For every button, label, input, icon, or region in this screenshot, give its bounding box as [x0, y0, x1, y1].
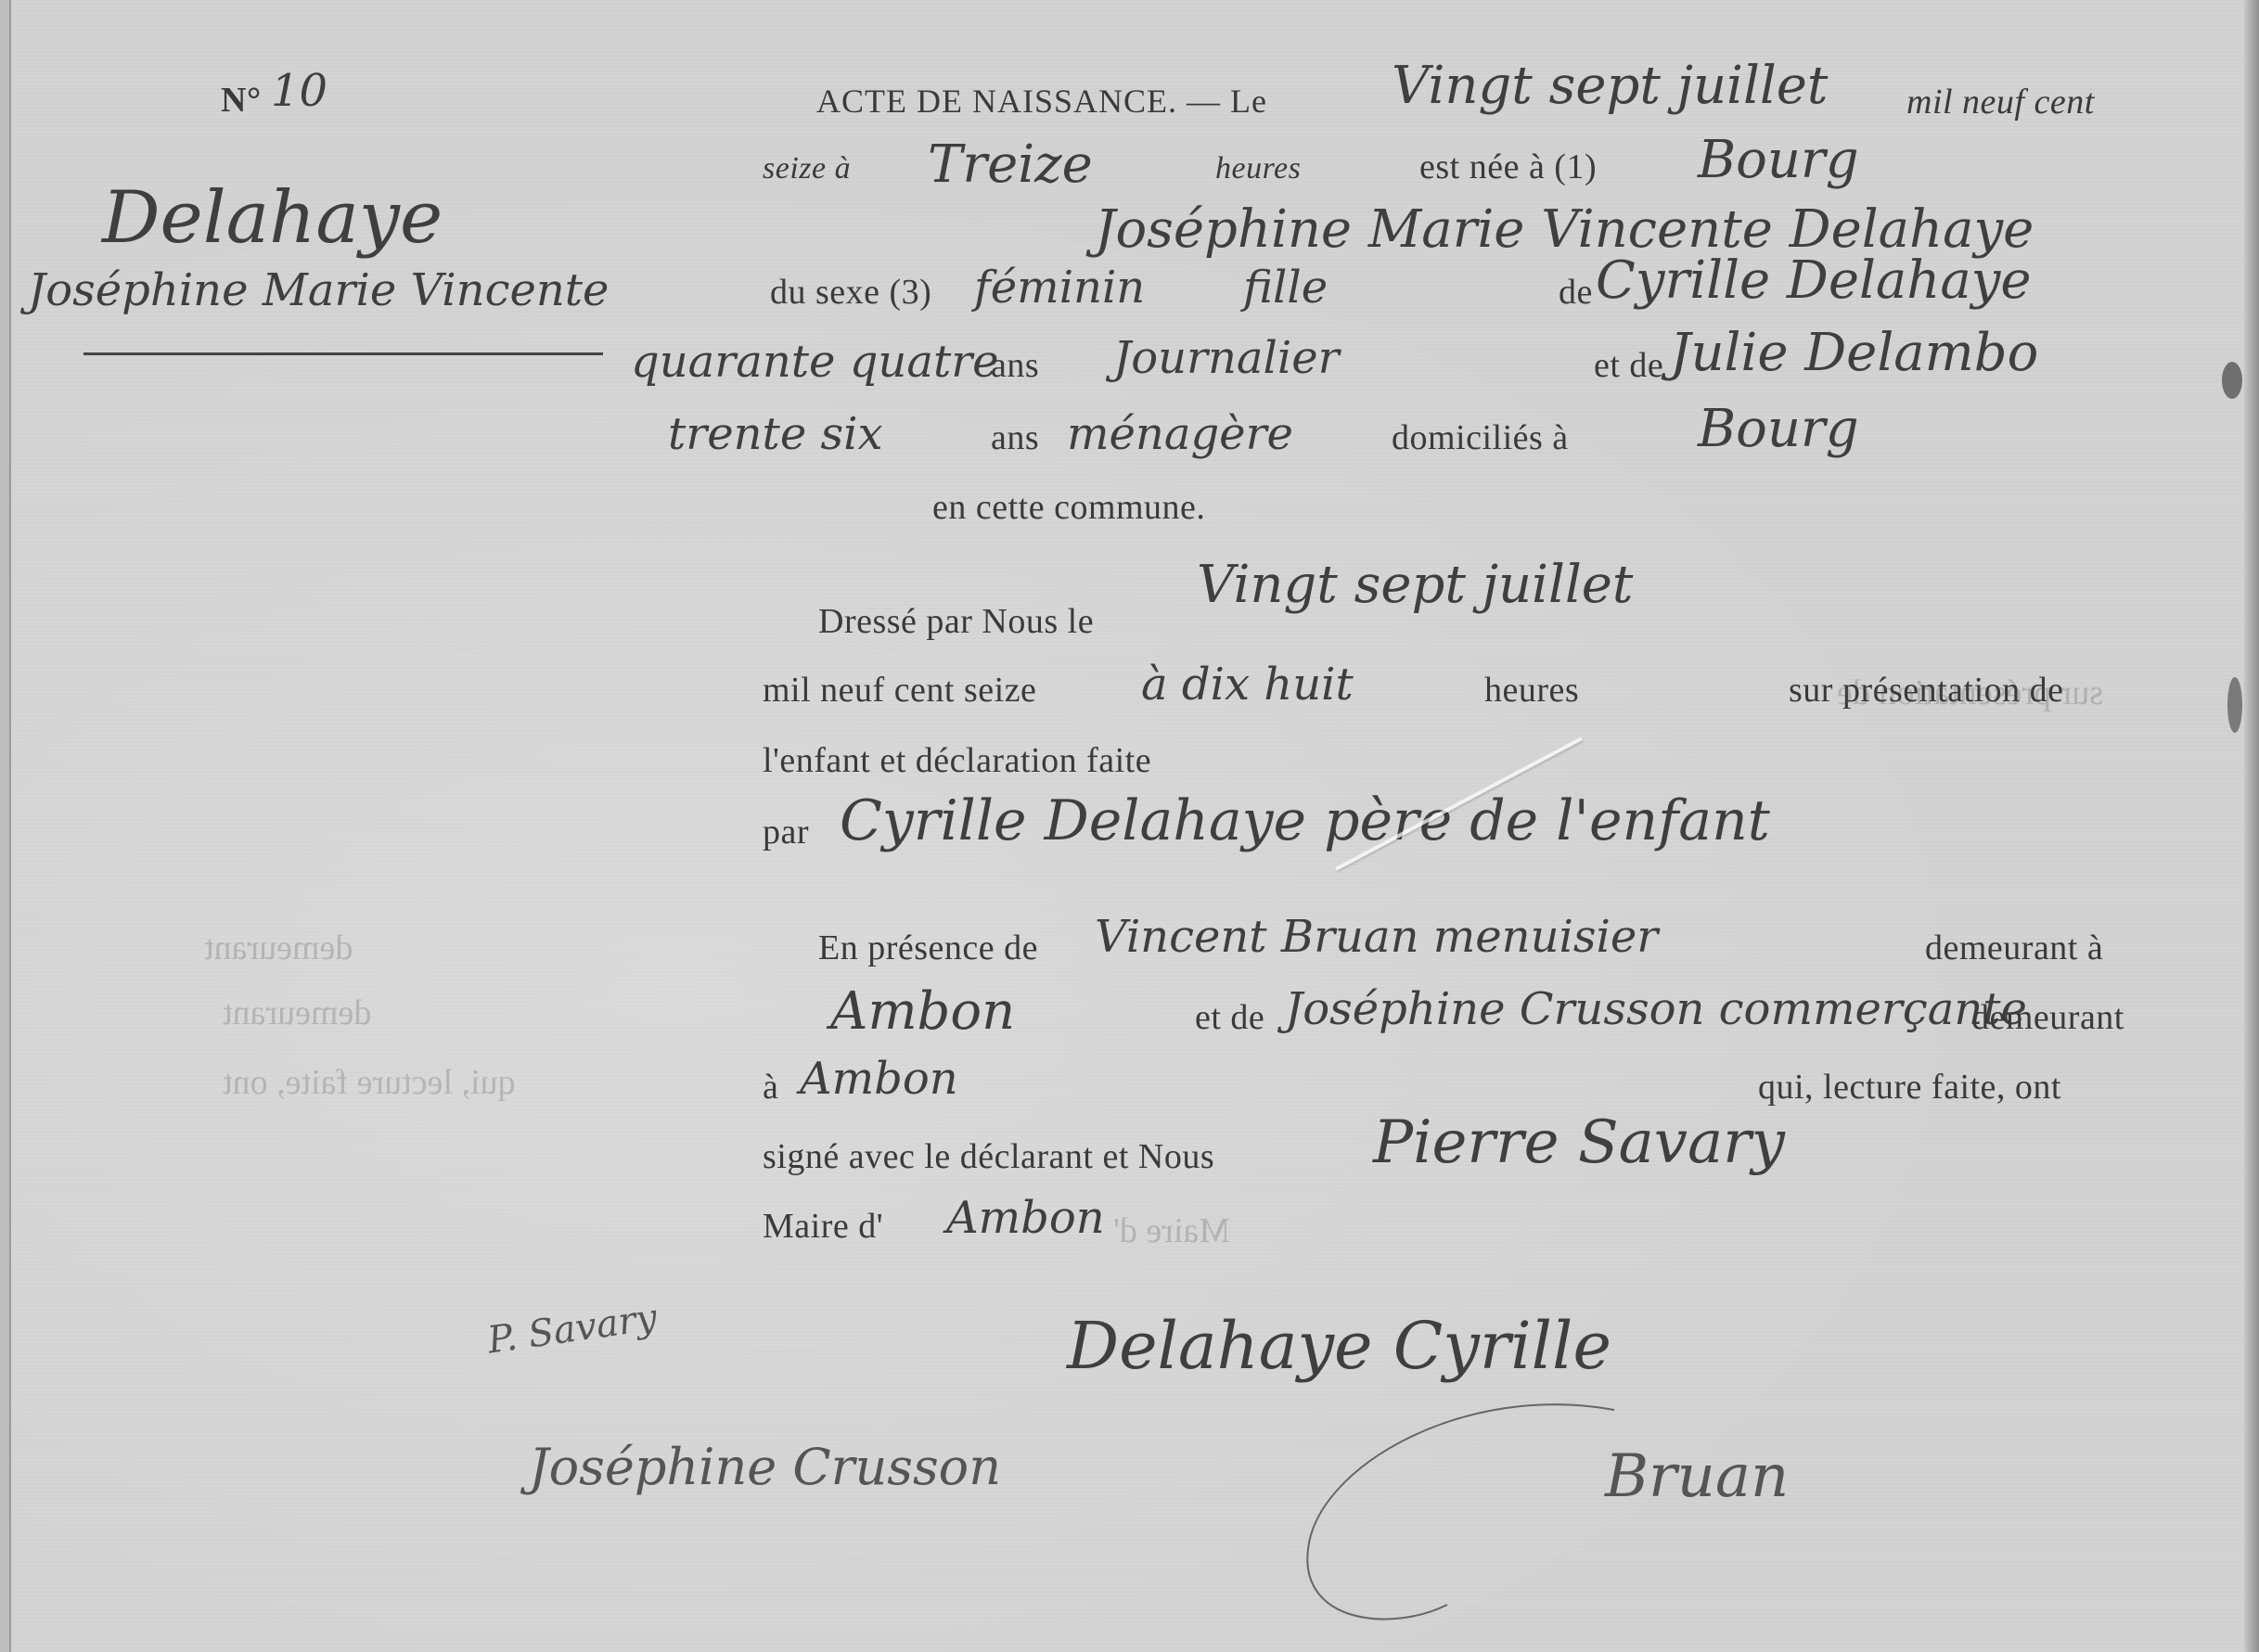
presence-label: En présence de [818, 928, 1038, 968]
bleed-through-text: demeurant [223, 992, 371, 1033]
signature-witness2: Joséphine Crusson [529, 1438, 1001, 1496]
witness1-place: Ambon [830, 981, 1015, 1042]
father-age: quarante quatre [631, 336, 999, 388]
residing-label-1: demeurant à [1925, 928, 2103, 968]
margin-surname: Delahaye [102, 176, 443, 260]
record-number-value: 10 [271, 65, 327, 117]
ink-spot [2227, 677, 2242, 733]
birth-year-print-1: mil neuf cent [1906, 82, 2095, 122]
signature-mayor: P. Savary [485, 1296, 660, 1362]
mayor-place: Ambon [946, 1192, 1105, 1244]
mother-occupation: ménagère [1067, 408, 1293, 460]
bleed-through-text: demeurant [204, 928, 353, 968]
signature-flourish [1280, 1391, 1633, 1633]
drawn-date: Vingt sept juillet [1197, 555, 1633, 615]
witness2-name: Joséphine Crusson commerçante [1285, 983, 2027, 1035]
page-binding-edge [0, 0, 11, 1652]
born-label: est née à (1) [1419, 147, 1597, 187]
bleed-through-text: Maire d' [1113, 1210, 1230, 1251]
drawn-hour-label: heures [1484, 670, 1579, 711]
margin-underline [83, 352, 603, 355]
drawn-label: Dressé par Nous le [818, 601, 1094, 642]
mayor-label: Maire d' [763, 1206, 883, 1247]
signed-label: signé avec le déclarant et Nous [763, 1136, 1214, 1177]
ans-label-1: ans [991, 345, 1039, 386]
ink-spot [2222, 362, 2242, 399]
mayor-name: Pierre Savary [1373, 1108, 1785, 1177]
a-label: à [763, 1067, 778, 1108]
mother-age: trente six [668, 408, 883, 460]
birth-place: Bourg [1698, 130, 1859, 190]
witness2-place: Ambon [800, 1053, 958, 1105]
commune-label: en cette commune. [932, 487, 1205, 528]
page-right-edge [2244, 0, 2259, 1652]
document-page: demeurant demeurant qui, lecture faite, … [0, 0, 2259, 1652]
relation-value: fille [1243, 262, 1328, 314]
birth-hour: Treize [928, 134, 1093, 195]
residing-label-2: demeurant [1971, 997, 2124, 1038]
ans-label-2: ans [991, 417, 1039, 458]
hour-label: heures [1215, 151, 1301, 186]
mother-name: Julie Delambo [1670, 323, 2038, 383]
declaration-label: l'enfant et déclaration faite [763, 740, 1151, 781]
and-label: et de [1195, 997, 1264, 1038]
sex-value: féminin [974, 262, 1145, 314]
birth-title: ACTE DE NAISSANCE. — Le [816, 82, 1267, 121]
witness1-name: Vincent Bruan menuisier [1095, 911, 1658, 963]
declarant-name: Cyrille Delahaye père de l'enfant [840, 788, 1770, 853]
father-occupation: Journalier [1113, 332, 1340, 384]
reading-label: qui, lecture faite, ont [1758, 1067, 2061, 1108]
presentation-label: sur présentation de [1789, 670, 2064, 711]
father-name: Cyrille Delahaye [1596, 250, 2032, 311]
drawn-hour: à dix huit [1141, 659, 1354, 711]
domicile-place: Bourg [1698, 399, 1859, 459]
mother-prefix: et de [1594, 345, 1663, 386]
birth-date: Vingt sept juillet [1392, 56, 1828, 116]
father-prefix: de [1559, 272, 1593, 313]
drawn-year: mil neuf cent seize [763, 670, 1036, 711]
by-label: par [763, 812, 809, 852]
margin-given-names: Joséphine Marie Vincente [28, 264, 609, 316]
signature-declarant: Delahaye Cyrille [1067, 1308, 1611, 1384]
sex-label: du sexe (3) [770, 272, 931, 313]
birth-year-print-2: seize à [763, 151, 851, 186]
bleed-through-text: qui, lecture faite, ont [223, 1062, 516, 1103]
record-number-label: N° [221, 80, 262, 121]
domicile-label: domiciliés à [1392, 417, 1569, 458]
